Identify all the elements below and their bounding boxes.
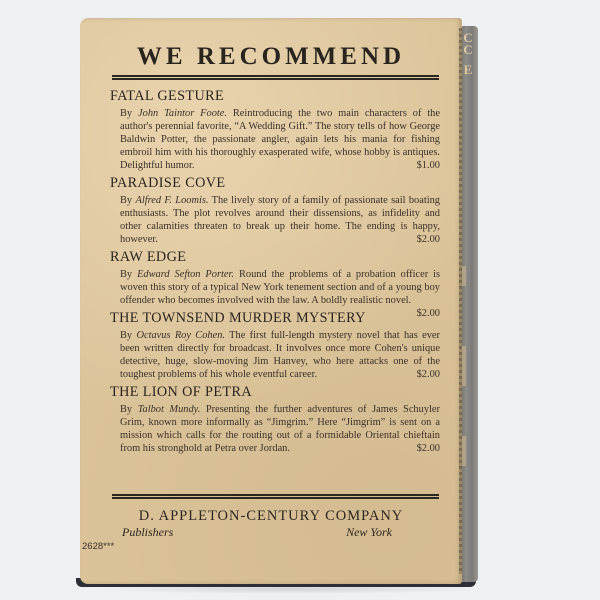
catalog-code: 2628***: [82, 541, 114, 552]
book-entry: FATAL GESTURE By John Taintor Foote. Rei…: [110, 88, 440, 172]
book-author: Octavus Roy Cohen.: [136, 330, 225, 341]
by-label: By: [120, 404, 132, 415]
dust-jacket-back: WE RECOMMEND FATAL GESTURE By John Taint…: [80, 18, 462, 584]
publisher-role: Publishers: [122, 525, 173, 540]
book-description: By Edward Sefton Porter. Round the probl…: [120, 268, 440, 307]
book-author: Talbot Mundy.: [138, 404, 201, 415]
jacket-fold-edge: [459, 28, 462, 574]
by-label: By: [120, 269, 132, 280]
book-title: FATAL GESTURE: [110, 88, 440, 105]
book-description: By Alfred F. Loomis. The lively story of…: [120, 194, 440, 246]
book-entry: RAW EDGE By Edward Sefton Porter. Round …: [110, 249, 440, 307]
book-description: By Octavus Roy Cohen. The first full-len…: [120, 329, 440, 381]
page-title: WE RECOMMEND: [80, 43, 462, 71]
book-price: $2.00: [417, 233, 440, 246]
book-title: PARADISE COVE: [110, 175, 440, 192]
book-list: FATAL GESTURE By John Taintor Foote. Rei…: [110, 88, 440, 458]
book-price: $2.00: [417, 442, 440, 455]
spine-letter: E: [461, 64, 475, 76]
book-author: John Taintor Foote.: [138, 108, 227, 119]
by-label: By: [120, 108, 132, 119]
book-title: THE LION OF PETRA: [110, 384, 440, 401]
publisher-city: New York: [346, 525, 392, 540]
publisher-name: D. APPLETON-CENTURY COMPANY: [80, 508, 462, 525]
book-author: Edward Sefton Porter.: [137, 269, 234, 280]
book-entry: THE TOWNSEND MURDER MYSTERY By Octavus R…: [110, 310, 440, 381]
spine-lettering: C C E: [461, 32, 475, 76]
book-title: THE TOWNSEND MURDER MYSTERY: [110, 310, 440, 327]
book-description: By Talbot Mundy. Presenting the further …: [120, 403, 440, 455]
book-title: RAW EDGE: [110, 249, 440, 266]
book-author: Alfred F. Loomis.: [135, 195, 208, 206]
divider-rule: [112, 75, 439, 77]
by-label: By: [120, 330, 132, 341]
book-price: $1.00: [417, 159, 440, 172]
book-entry: THE LION OF PETRA By Talbot Mundy. Prese…: [110, 384, 440, 455]
book-price: $2.00: [417, 368, 440, 381]
book-entry: PARADISE COVE By Alfred F. Loomis. The l…: [110, 175, 440, 246]
book-price: $2.00: [417, 307, 440, 320]
publisher-details: Publishers New York: [122, 525, 392, 540]
by-label: By: [120, 195, 132, 206]
spine-letter: C: [461, 44, 475, 56]
divider-rule: [112, 494, 439, 496]
book-description: By John Taintor Foote. Reintroducing the…: [120, 107, 440, 172]
